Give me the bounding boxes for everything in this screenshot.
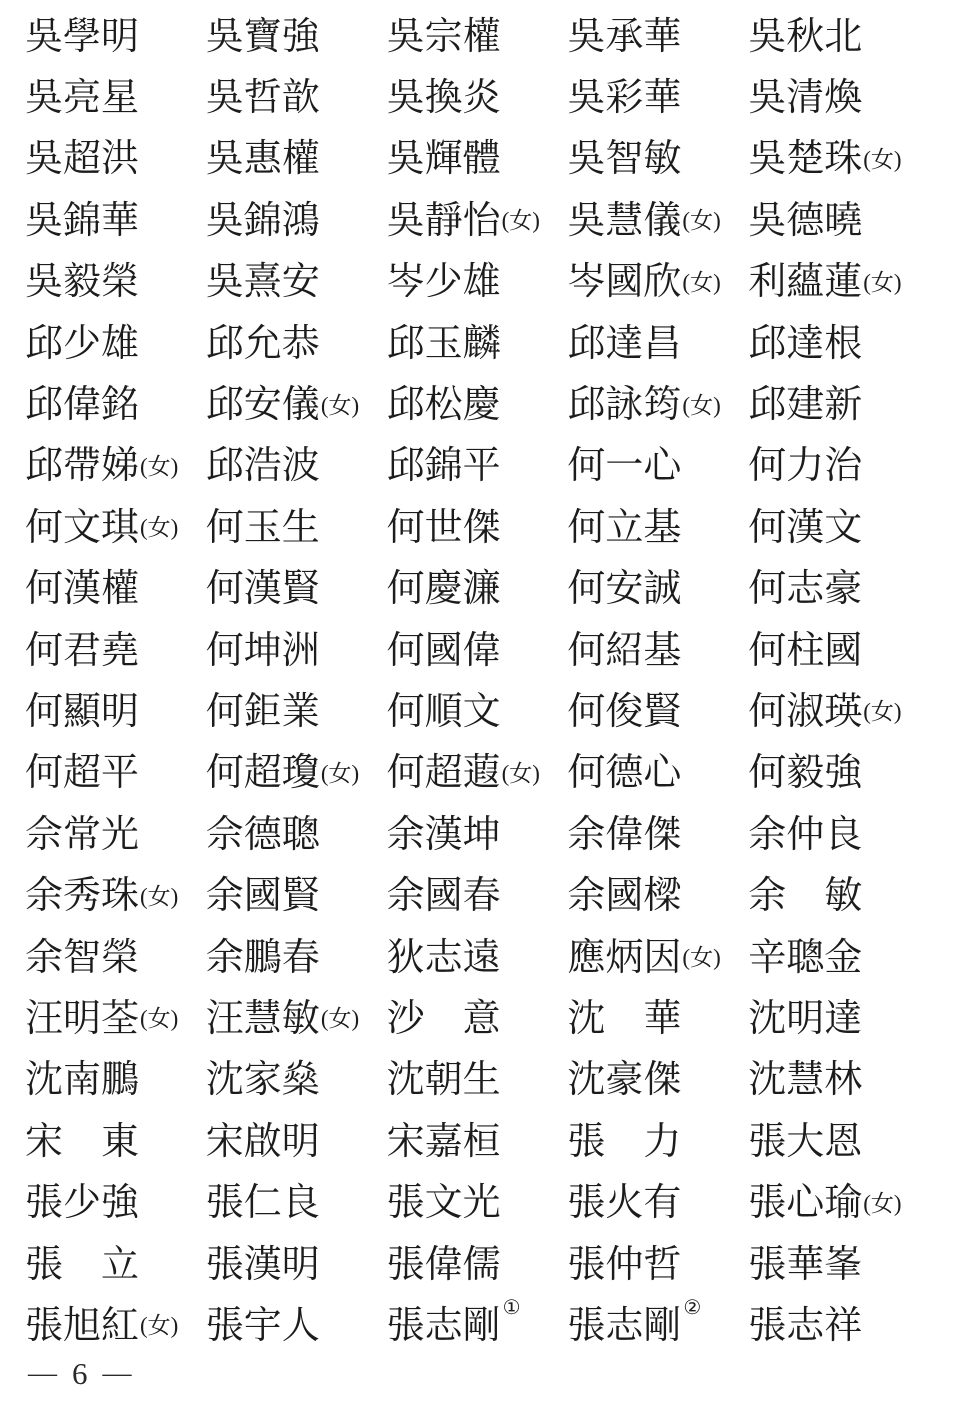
person-name: 何一心 [567, 447, 681, 485]
name-entry: 何安誠 [567, 559, 748, 620]
name-entry: 邱達根 [748, 313, 929, 374]
name-entry: 邱偉銘 [25, 374, 206, 435]
name-entry: 汪明荃(女) [25, 988, 206, 1049]
person-name: 何玉生 [206, 509, 320, 547]
name-entry: 沈家燊 [206, 1050, 387, 1111]
name-entry: 張仁良 [206, 1172, 387, 1233]
name-entry: 張火有 [567, 1172, 748, 1233]
gender-suffix: (女) [321, 394, 359, 417]
person-name: 張志祥 [748, 1307, 862, 1345]
name-entry: 余仲良 [748, 804, 929, 865]
person-name: 何漢權 [25, 570, 139, 608]
name-entry: 余智榮 [25, 927, 206, 988]
name-entry: 余偉傑 [567, 804, 748, 865]
name-entry: 張偉儒 [387, 1234, 568, 1295]
name-entry: 何世傑 [387, 497, 568, 558]
name-entry: 吳彩華 [567, 67, 748, 128]
name-entry: 何超瓊(女) [206, 743, 387, 804]
document-page: 吳學明吳寶強吳宗權吳承華吳秋北吳亮星吳哲歆吳換炎吳彩華吳清煥吳超洪吳惠權吳輝體吳… [0, 0, 959, 1417]
name-entry: 邱玉麟 [387, 313, 568, 374]
name-entry: 張漢明 [206, 1234, 387, 1295]
gender-suffix: (女) [863, 271, 901, 294]
name-entry: 邱少雄 [25, 313, 206, 374]
person-name: 張志剛 [567, 1307, 681, 1345]
person-name: 邱詠筠 [567, 386, 681, 424]
person-name: 何國偉 [387, 632, 501, 670]
person-name: 余智榮 [25, 939, 139, 977]
person-name: 佘常光 [25, 816, 139, 854]
person-name: 張志剛 [387, 1307, 501, 1345]
name-grid: 吳學明吳寶強吳宗權吳承華吳秋北吳亮星吳哲歆吳換炎吳彩華吳清煥吳超洪吳惠權吳輝體吳… [25, 6, 929, 1357]
gender-suffix: (女) [321, 1007, 359, 1030]
person-name: 岑國欣 [567, 263, 681, 301]
name-entry: 沈朝生 [387, 1050, 568, 1111]
name-entry: 何德心 [567, 743, 748, 804]
name-entry: 何坤洲 [206, 620, 387, 681]
person-name: 何志豪 [748, 570, 862, 608]
person-name: 汪明荃 [25, 1000, 139, 1038]
footer-right-dash: — [103, 1359, 132, 1388]
name-entry: 吳清煥 [748, 67, 929, 128]
gender-suffix: (女) [140, 1007, 178, 1030]
person-name: 張宇人 [206, 1307, 320, 1345]
gender-suffix: (女) [863, 1192, 901, 1215]
person-name: 岑少雄 [387, 263, 501, 301]
name-entry: 張旭紅(女) [25, 1295, 206, 1356]
person-name: 吳錦華 [25, 202, 139, 240]
person-name: 余仲良 [748, 816, 862, 854]
name-entry: 吳錦華 [25, 190, 206, 251]
person-name: 吳靜怡 [387, 202, 501, 240]
person-name: 何毅強 [748, 754, 862, 792]
name-entry: 岑少雄 [387, 252, 568, 313]
name-entry: 何漢賢 [206, 559, 387, 620]
name-entry: 張 立 [25, 1234, 206, 1295]
gender-suffix: (女) [502, 762, 540, 785]
person-name: 邱帶娣 [25, 447, 139, 485]
name-entry: 何淑瑛(女) [748, 681, 929, 742]
name-entry: 吳哲歆 [206, 67, 387, 128]
person-name: 余偉傑 [567, 816, 681, 854]
person-name: 吳德曉 [748, 202, 862, 240]
name-entry: 余 敏 [748, 865, 929, 926]
name-entry: 何毅強 [748, 743, 929, 804]
name-entry: 吳慧儀(女) [567, 190, 748, 251]
person-name: 張大恩 [748, 1123, 862, 1161]
name-entry: 何志豪 [748, 559, 929, 620]
name-entry: 岑國欣(女) [567, 252, 748, 313]
person-name: 沈朝生 [387, 1061, 501, 1099]
person-name: 吳寶強 [206, 18, 320, 56]
name-entry: 吳智敏 [567, 129, 748, 190]
name-entry: 何君堯 [25, 620, 206, 681]
person-name: 何超平 [25, 754, 139, 792]
person-name: 何君堯 [25, 632, 139, 670]
person-name: 汪慧敏 [206, 1000, 320, 1038]
name-entry: 何柱國 [748, 620, 929, 681]
name-entry: 何力治 [748, 436, 929, 497]
person-name: 邱達根 [748, 325, 862, 363]
person-name: 邱允恭 [206, 325, 320, 363]
gender-suffix: (女) [682, 271, 720, 294]
person-name: 張 立 [25, 1246, 139, 1284]
person-name: 何慶濂 [387, 570, 501, 608]
person-name: 狄志遠 [387, 939, 501, 977]
person-name: 張仁良 [206, 1184, 320, 1222]
name-entry: 何紹基 [567, 620, 748, 681]
gender-suffix: (女) [140, 1314, 178, 1337]
person-name: 張少強 [25, 1184, 139, 1222]
name-entry: 邱浩波 [206, 436, 387, 497]
name-entry: 邱達昌 [567, 313, 748, 374]
gender-suffix: (女) [863, 700, 901, 723]
name-entry: 張華峯 [748, 1234, 929, 1295]
person-name: 吳宗權 [387, 18, 501, 56]
person-name: 張仲哲 [567, 1246, 681, 1284]
person-name: 余 敏 [748, 877, 862, 915]
name-entry: 宋啟明 [206, 1111, 387, 1172]
name-entry: 沈豪傑 [567, 1050, 748, 1111]
name-entry: 何一心 [567, 436, 748, 497]
person-name: 吳超洪 [25, 140, 139, 178]
person-name: 何鉅業 [206, 693, 320, 731]
person-name: 何顯明 [25, 693, 139, 731]
name-entry: 何順文 [387, 681, 568, 742]
name-entry: 吳熹安 [206, 252, 387, 313]
person-name: 應炳因 [567, 939, 681, 977]
gender-suffix: (女) [140, 455, 178, 478]
person-name: 余秀珠 [25, 877, 139, 915]
footer-page-number-value: 6 [72, 1358, 88, 1389]
name-entry: 吳寶強 [206, 6, 387, 67]
name-entry: 吳換炎 [387, 67, 568, 128]
person-name: 何順文 [387, 693, 501, 731]
person-name: 沈明達 [748, 1000, 862, 1038]
name-entry: 吳秋北 [748, 6, 929, 67]
person-name: 何漢文 [748, 509, 862, 547]
person-name: 何超瓊 [206, 754, 320, 792]
name-entry: 沈南鵬 [25, 1050, 206, 1111]
person-name: 吳慧儀 [567, 202, 681, 240]
person-name: 何德心 [567, 754, 681, 792]
gender-suffix: (女) [863, 148, 901, 171]
person-name: 何淑瑛 [748, 693, 862, 731]
person-name: 何紹基 [567, 632, 681, 670]
footnote-marker: ① [503, 1298, 521, 1318]
person-name: 吳學明 [25, 18, 139, 56]
name-entry: 應炳因(女) [567, 927, 748, 988]
name-entry: 何超蕸(女) [387, 743, 568, 804]
name-entry: 辛聰金 [748, 927, 929, 988]
footer-left-dash: — [28, 1359, 57, 1388]
name-entry: 沈明達 [748, 988, 929, 1049]
person-name: 利蘊蓮 [748, 263, 862, 301]
person-name: 佘德聰 [206, 816, 320, 854]
gender-suffix: (女) [321, 762, 359, 785]
person-name: 吳智敏 [567, 140, 681, 178]
name-entry: 沙 意 [387, 988, 568, 1049]
gender-suffix: (女) [502, 209, 540, 232]
person-name: 吳換炎 [387, 79, 501, 117]
name-entry: 利蘊蓮(女) [748, 252, 929, 313]
person-name: 吳清煥 [748, 79, 862, 117]
person-name: 吳毅榮 [25, 263, 139, 301]
name-entry: 吳錦鴻 [206, 190, 387, 251]
person-name: 宋嘉桓 [387, 1123, 501, 1161]
name-entry: 邱建新 [748, 374, 929, 435]
name-entry: 何慶濂 [387, 559, 568, 620]
person-name: 何立基 [567, 509, 681, 547]
person-name: 邱偉銘 [25, 386, 139, 424]
person-name: 沈家燊 [206, 1061, 320, 1099]
person-name: 張華峯 [748, 1246, 862, 1284]
name-entry: 吳楚珠(女) [748, 129, 929, 190]
person-name: 余國春 [387, 877, 501, 915]
name-entry: 余漢坤 [387, 804, 568, 865]
name-entry: 何顯明 [25, 681, 206, 742]
gender-suffix: (女) [140, 516, 178, 539]
name-entry: 何超平 [25, 743, 206, 804]
person-name: 邱錦平 [387, 447, 501, 485]
person-name: 余國賢 [206, 877, 320, 915]
name-entry: 何鉅業 [206, 681, 387, 742]
person-name: 何力治 [748, 447, 862, 485]
name-entry: 邱詠筠(女) [567, 374, 748, 435]
name-entry: 余國樑 [567, 865, 748, 926]
name-entry: 吳承華 [567, 6, 748, 67]
person-name: 沈豪傑 [567, 1061, 681, 1099]
name-entry: 何文琪(女) [25, 497, 206, 558]
name-entry: 余秀珠(女) [25, 865, 206, 926]
name-entry: 佘常光 [25, 804, 206, 865]
person-name: 沈 華 [567, 1000, 681, 1038]
person-name: 邱安儀 [206, 386, 320, 424]
person-name: 辛聰金 [748, 939, 862, 977]
name-entry: 吳德曉 [748, 190, 929, 251]
person-name: 沙 意 [387, 1000, 501, 1038]
name-entry: 張少強 [25, 1172, 206, 1233]
person-name: 吳承華 [567, 18, 681, 56]
person-name: 張旭紅 [25, 1307, 139, 1345]
person-name: 宋啟明 [206, 1123, 320, 1161]
name-entry: 張大恩 [748, 1111, 929, 1172]
name-entry: 何漢權 [25, 559, 206, 620]
person-name: 何世傑 [387, 509, 501, 547]
person-name: 張偉儒 [387, 1246, 501, 1284]
person-name: 吳熹安 [206, 263, 320, 301]
person-name: 何文琪 [25, 509, 139, 547]
person-name: 吳彩華 [567, 79, 681, 117]
name-entry: 沈 華 [567, 988, 748, 1049]
person-name: 吳亮星 [25, 79, 139, 117]
name-entry: 張志剛② [567, 1295, 748, 1356]
gender-suffix: (女) [682, 209, 720, 232]
name-entry: 余國賢 [206, 865, 387, 926]
name-entry: 何國偉 [387, 620, 568, 681]
name-entry: 邱松慶 [387, 374, 568, 435]
name-entry: 余國春 [387, 865, 568, 926]
person-name: 吳楚珠 [748, 140, 862, 178]
person-name: 張 力 [567, 1123, 681, 1161]
name-entry: 何漢文 [748, 497, 929, 558]
name-entry: 何俊賢 [567, 681, 748, 742]
name-entry: 邱允恭 [206, 313, 387, 374]
person-name: 沈南鵬 [25, 1061, 139, 1099]
name-entry: 張 力 [567, 1111, 748, 1172]
person-name: 余國樑 [567, 877, 681, 915]
person-name: 何漢賢 [206, 570, 320, 608]
name-entry: 余鵬春 [206, 927, 387, 988]
person-name: 何超蕸 [387, 754, 501, 792]
name-entry: 汪慧敏(女) [206, 988, 387, 1049]
name-entry: 邱安儀(女) [206, 374, 387, 435]
person-name: 張文光 [387, 1184, 501, 1222]
name-entry: 吳宗權 [387, 6, 568, 67]
person-name: 邱松慶 [387, 386, 501, 424]
name-entry: 吳超洪 [25, 129, 206, 190]
person-name: 張漢明 [206, 1246, 320, 1284]
name-entry: 吳學明 [25, 6, 206, 67]
name-entry: 邱帶娣(女) [25, 436, 206, 497]
name-entry: 張宇人 [206, 1295, 387, 1356]
name-entry: 吳靜怡(女) [387, 190, 568, 251]
name-entry: 吳亮星 [25, 67, 206, 128]
person-name: 余鵬春 [206, 939, 320, 977]
person-name: 吳錦鴻 [206, 202, 320, 240]
person-name: 何安誠 [567, 570, 681, 608]
person-name: 張火有 [567, 1184, 681, 1222]
gender-suffix: (女) [682, 394, 720, 417]
footnote-marker: ② [683, 1298, 701, 1318]
name-entry: 張志祥 [748, 1295, 929, 1356]
person-name: 何坤洲 [206, 632, 320, 670]
person-name: 張心瑜 [748, 1184, 862, 1222]
person-name: 余漢坤 [387, 816, 501, 854]
person-name: 邱少雄 [25, 325, 139, 363]
name-entry: 吳毅榮 [25, 252, 206, 313]
person-name: 吳惠權 [206, 140, 320, 178]
name-entry: 邱錦平 [387, 436, 568, 497]
page-number: — 6 — [28, 1358, 132, 1389]
name-entry: 何立基 [567, 497, 748, 558]
name-entry: 張文光 [387, 1172, 568, 1233]
person-name: 沈慧林 [748, 1061, 862, 1099]
name-entry: 張志剛① [387, 1295, 568, 1356]
name-entry: 沈慧林 [748, 1050, 929, 1111]
name-entry: 宋 東 [25, 1111, 206, 1172]
name-entry: 狄志遠 [387, 927, 568, 988]
name-entry: 佘德聰 [206, 804, 387, 865]
person-name: 吳哲歆 [206, 79, 320, 117]
person-name: 吳輝體 [387, 140, 501, 178]
person-name: 何俊賢 [567, 693, 681, 731]
person-name: 邱玉麟 [387, 325, 501, 363]
person-name: 邱達昌 [567, 325, 681, 363]
person-name: 邱建新 [748, 386, 862, 424]
name-entry: 何玉生 [206, 497, 387, 558]
gender-suffix: (女) [682, 946, 720, 969]
name-entry: 宋嘉桓 [387, 1111, 568, 1172]
name-entry: 吳惠權 [206, 129, 387, 190]
name-entry: 張仲哲 [567, 1234, 748, 1295]
person-name: 宋 東 [25, 1123, 139, 1161]
name-entry: 吳輝體 [387, 129, 568, 190]
person-name: 吳秋北 [748, 18, 862, 56]
name-entry: 張心瑜(女) [748, 1172, 929, 1233]
gender-suffix: (女) [140, 885, 178, 908]
person-name: 邱浩波 [206, 447, 320, 485]
person-name: 何柱國 [748, 632, 862, 670]
